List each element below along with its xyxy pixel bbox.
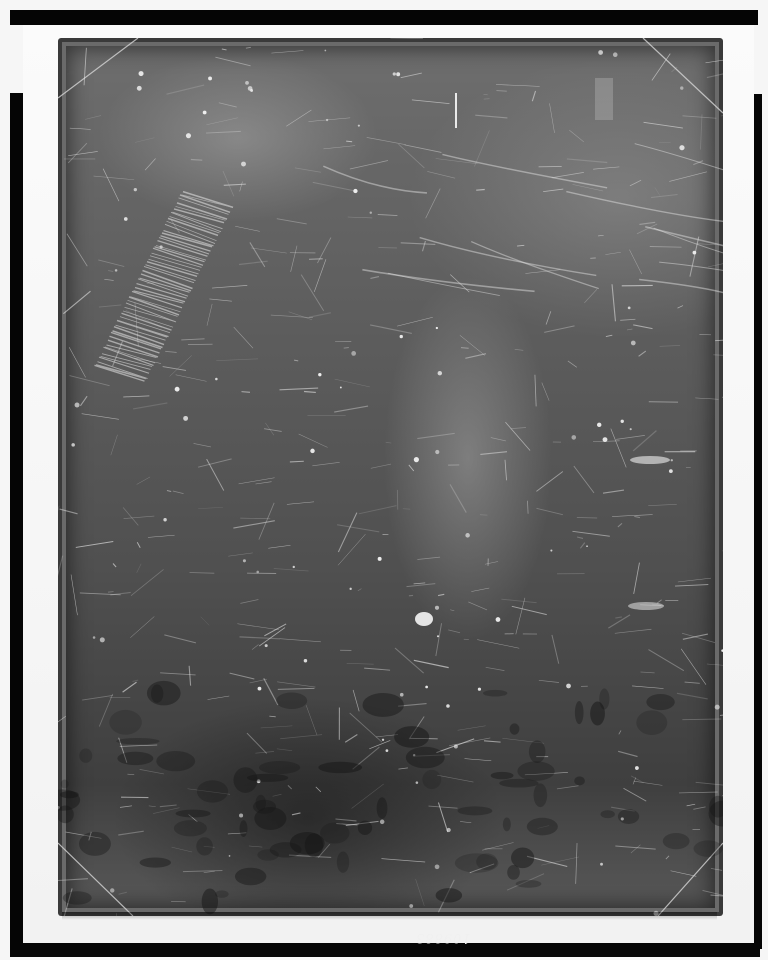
plate-shadow <box>62 912 717 920</box>
border-bottom <box>10 943 760 957</box>
negative-number: 109883 <box>415 930 471 945</box>
plate-surface-scratches <box>58 38 723 916</box>
border-left <box>10 93 23 948</box>
daguerreotype-plate <box>58 38 723 916</box>
border-right <box>754 94 762 949</box>
border-top <box>10 10 758 25</box>
